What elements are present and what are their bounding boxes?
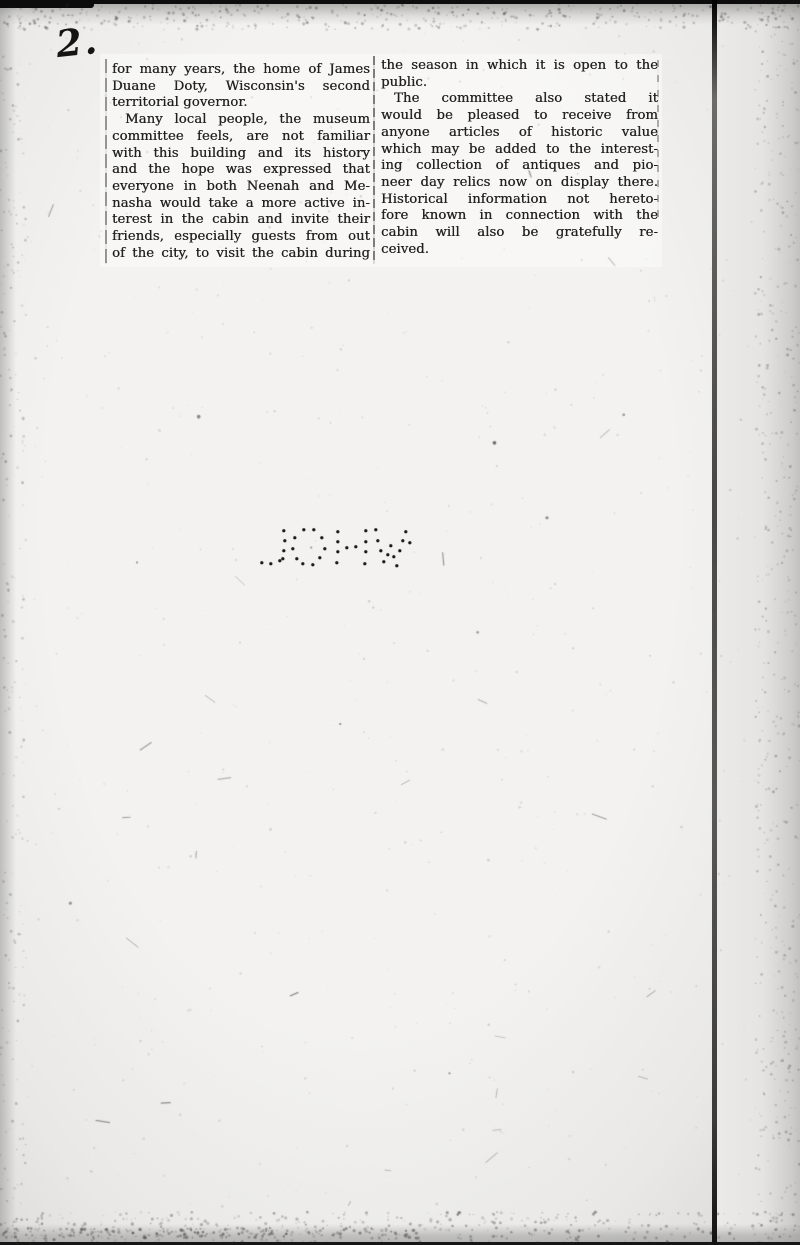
stamp-perforation-dot (354, 545, 357, 548)
stamp-perforation-dot (278, 559, 281, 562)
scan-shadow-left (0, 0, 16, 1245)
stamp-perforation-dot (291, 547, 294, 550)
clipping-text-line: fore known in connection with the (381, 208, 658, 225)
stamp-perforation-dot (312, 528, 315, 531)
stamp-perforation-dot (282, 529, 285, 532)
clipping-column-right: the season in which it is open to thepub… (381, 58, 658, 258)
clipping-text-line: cabin will also be gratefully re- (381, 225, 658, 242)
adjacent-page-edge (717, 0, 800, 1245)
clipping-text-line: ceived. (381, 242, 658, 259)
handwritten-page-number: 2. (54, 18, 101, 66)
clipping-text-line: The committee also stated it (381, 91, 658, 108)
stamp-perforation-dot (345, 546, 348, 549)
stamp-perforation-dot (376, 539, 379, 542)
stamp-perforation-dot (379, 549, 382, 552)
stamp-perforation-dot (283, 539, 286, 542)
clipping-text-line: Many local people, the museum (112, 112, 370, 129)
clipping-text-line: for many years, the home of James (112, 62, 370, 79)
stamp-perforation-dot (282, 549, 285, 552)
stamp-perforation-dot (336, 540, 339, 543)
stamp-perforation-dot (302, 528, 305, 531)
stamp-perforation-dot (363, 562, 366, 565)
clipping-text-line: with this building and its history (112, 146, 370, 163)
stamp-perforation-dot (401, 539, 404, 542)
stamp-perforation-dot (323, 547, 326, 550)
clipping-text-line: territorial governor. (112, 95, 370, 112)
scan-shadow-top (0, 3, 800, 25)
stamp-perforation-dot (311, 563, 314, 566)
stamp-perforation-dot (335, 561, 338, 564)
stamp-perforation-dot (293, 536, 296, 539)
clipping-text-line: which may be added to the interest- (381, 142, 658, 159)
stamp-perforation-dot (392, 555, 395, 558)
clipping-text-line: and the hope was expressed that (112, 162, 370, 179)
clipping-right-rule (657, 60, 659, 218)
column-divider-rule (373, 56, 375, 264)
stamp-perforation-dot (269, 562, 272, 565)
stamp-perforation-dot (295, 557, 298, 560)
stamp-perforation-dot (281, 557, 284, 560)
stamp-perforation-dot (404, 530, 407, 533)
clipping-text-line: would be pleased to receive from (381, 108, 658, 125)
stamp-perforation-dot (320, 536, 323, 539)
clipping-text-line: ing collection of antiques and pio- (381, 158, 658, 175)
stamp-perforation-dot (386, 553, 389, 556)
newspaper-clipping: for many years, the home of JamesDuane D… (100, 54, 662, 267)
clipping-text-line: friends, especially guests from out (112, 229, 370, 246)
stamp-perforation-dot (374, 528, 377, 531)
stamp-perforation-dot (364, 529, 367, 532)
stamp-perforation-dot (389, 544, 392, 547)
clipping-text-line: terest in the cabin and invite their (112, 212, 370, 229)
stamp-perforation-dot (318, 556, 321, 559)
stamp-perforation-dot (301, 562, 304, 565)
stamp-perforation-dot (364, 540, 367, 543)
stamp-perforation-dot (364, 550, 367, 553)
stamp-perforation-dot (382, 560, 385, 563)
scanned-page: 2. for many years, the home of JamesDuan… (0, 0, 800, 1245)
binding-gutter-line (712, 0, 717, 1245)
clipping-text-line: neer day relics now on display there. (381, 175, 658, 192)
clipping-text-line: public. (381, 75, 658, 92)
scan-edge-top-bar (0, 0, 800, 4)
clipping-text-line: anyone articles of historic value (381, 125, 658, 142)
stamp-perforation-dot (395, 564, 398, 567)
scan-edge-top-left-blob (0, 0, 94, 8)
clipping-text-line: the season in which it is open to the (381, 58, 658, 75)
stamp-perforation-dot (336, 530, 339, 533)
clipping-text-line: Historical information not hereto- (381, 192, 658, 209)
clipping-text-line: Duane Doty, Wisconsin's second (112, 79, 370, 96)
stamp-perforation-dot (336, 550, 339, 553)
stamp-perforation-dot (408, 541, 411, 544)
clipping-text-line: everyone in both Neenah and Me- (112, 179, 370, 196)
stamp-perforation-dot (260, 561, 263, 564)
clipping-text-line: of the city, to visit the cabin during (112, 246, 370, 263)
clipping-column-left: for many years, the home of JamesDuane D… (112, 62, 370, 262)
clipping-text-line: committee feels, are not familiar (112, 129, 370, 146)
clipping-left-rule (105, 59, 107, 264)
clipping-text-line: nasha would take a more active in- (112, 196, 370, 213)
stamp-perforation-dot (398, 549, 401, 552)
